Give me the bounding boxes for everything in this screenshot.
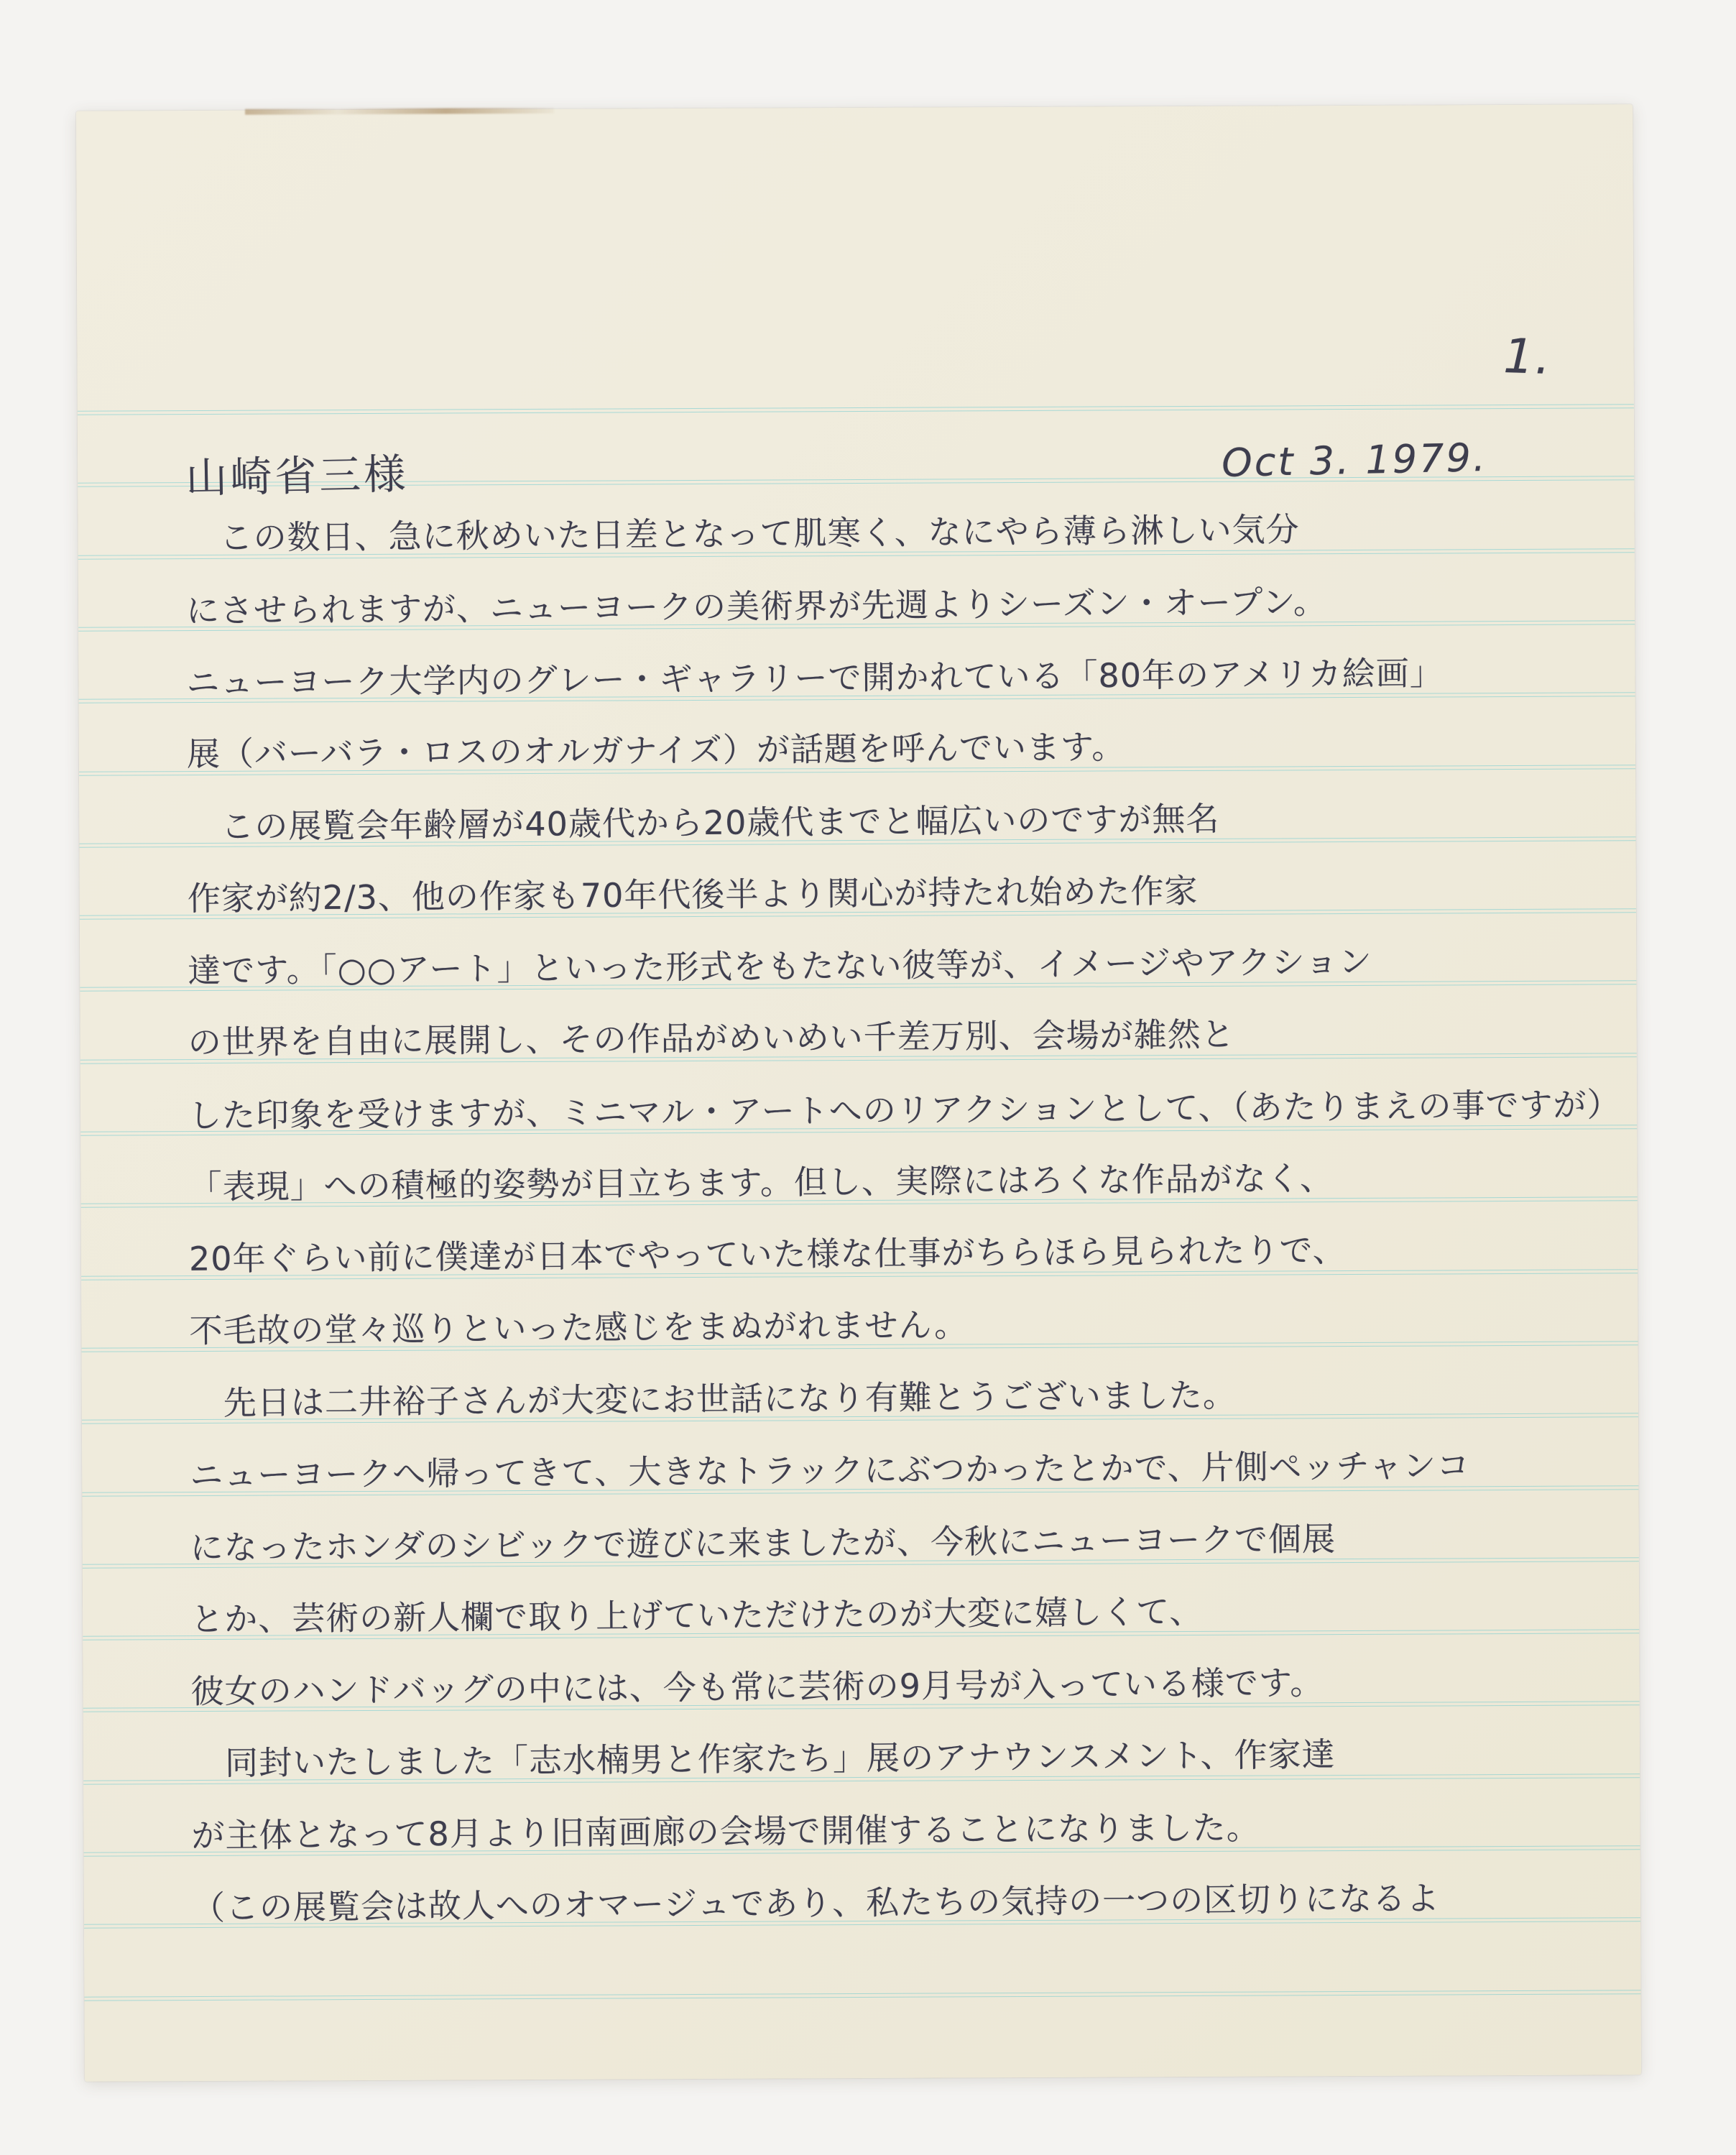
handwritten-line: 作家が約2/3、他の作家も70年代後半より関心が持たれ始めた作家 [188, 874, 1199, 915]
ruled-line [78, 404, 1634, 415]
handwritten-line: にさせられますが、ニューヨークの美術界が先週よりシーズン・オープン。 [186, 585, 1327, 627]
ruled-line [84, 1990, 1640, 2001]
handwritten-line: ニューヨークへ帰ってきて、大きなトラックにぶつかったとかで、片側ペッチャンコ [190, 1449, 1470, 1492]
paper-edge-stain [245, 108, 554, 115]
salutation: 山崎省三様 [185, 440, 409, 505]
handwritten-line: の世界を自由に展開し、その作品がめいめい千差万別、会場が雑然と [188, 1018, 1235, 1059]
handwritten-line: が主体となって8月より旧南画廊の会場で開催することになりました。 [191, 1811, 1260, 1852]
page-number: 1. [1502, 328, 1552, 385]
handwritten-line: になったホンダのシビックで遊びに来ましたが、今秋にニューヨークで個展 [190, 1522, 1336, 1564]
handwritten-line: 同封いたしました「志水楠男と作家たち」展のアナウンスメント、作家達 [191, 1738, 1336, 1781]
handwritten-line: とか、芸術の新人欄で取り上げていただけたのが大変に嬉しくて、 [190, 1595, 1203, 1635]
handwritten-line: 彼女のハンドバッグの中には、今も常に芸術の9月号が入っている様です。 [190, 1666, 1324, 1708]
handwritten-line: 20年ぐらい前に僕達が日本でやっていた様な仕事がちらほら見られたりで、 [189, 1234, 1347, 1276]
handwritten-line: ニューヨーク大学内のグレー・ギャラリーで開かれている「80年のアメリカ絵画」 [186, 656, 1444, 699]
handwritten-line: この数日、急に秋めいた日差となって肌寒く、なにやら薄ら淋しい気分 [185, 513, 1299, 555]
handwritten-line: 先日は二井裕子さんが大変にお世話になり有難とうございました。 [190, 1378, 1237, 1419]
handwritten-line: 達です。「○○アート」といった形式をもたない彼等が、イメージやアクション [188, 945, 1372, 987]
handwritten-line: した印象を受けますが、ミニマル・アートへのリアクションとして、（あたりまえの事で… [188, 1088, 1621, 1132]
handwritten-line: 展（バーバラ・ロスのオルガナイズ）が話題を呼んでいます。 [187, 730, 1126, 770]
letter-page: 1. 山崎省三様 Oct 3. 1979. この数日、急に秋めいた日差となって肌… [76, 104, 1641, 2081]
handwritten-line: 不毛故の堂々巡りといった感じをまぬがれません。 [189, 1308, 968, 1347]
handwritten-line: 「表現」への積極的姿勢が目立ちます。但し、実際にはろくな作品がなく、 [188, 1161, 1334, 1204]
handwritten-line: この展覧会年齢層が40歳代から20歳代までと幅広いのですが無名 [187, 802, 1219, 843]
letter-date: Oct 3. 1979. [1222, 435, 1488, 486]
handwritten-line: （この展覧会は故人へのオマージュであり、私たちの気持の一つの区切りになるよ [192, 1881, 1440, 1924]
photo-background: 1. 山崎省三様 Oct 3. 1979. この数日、急に秋めいた日差となって肌… [0, 0, 1736, 2155]
